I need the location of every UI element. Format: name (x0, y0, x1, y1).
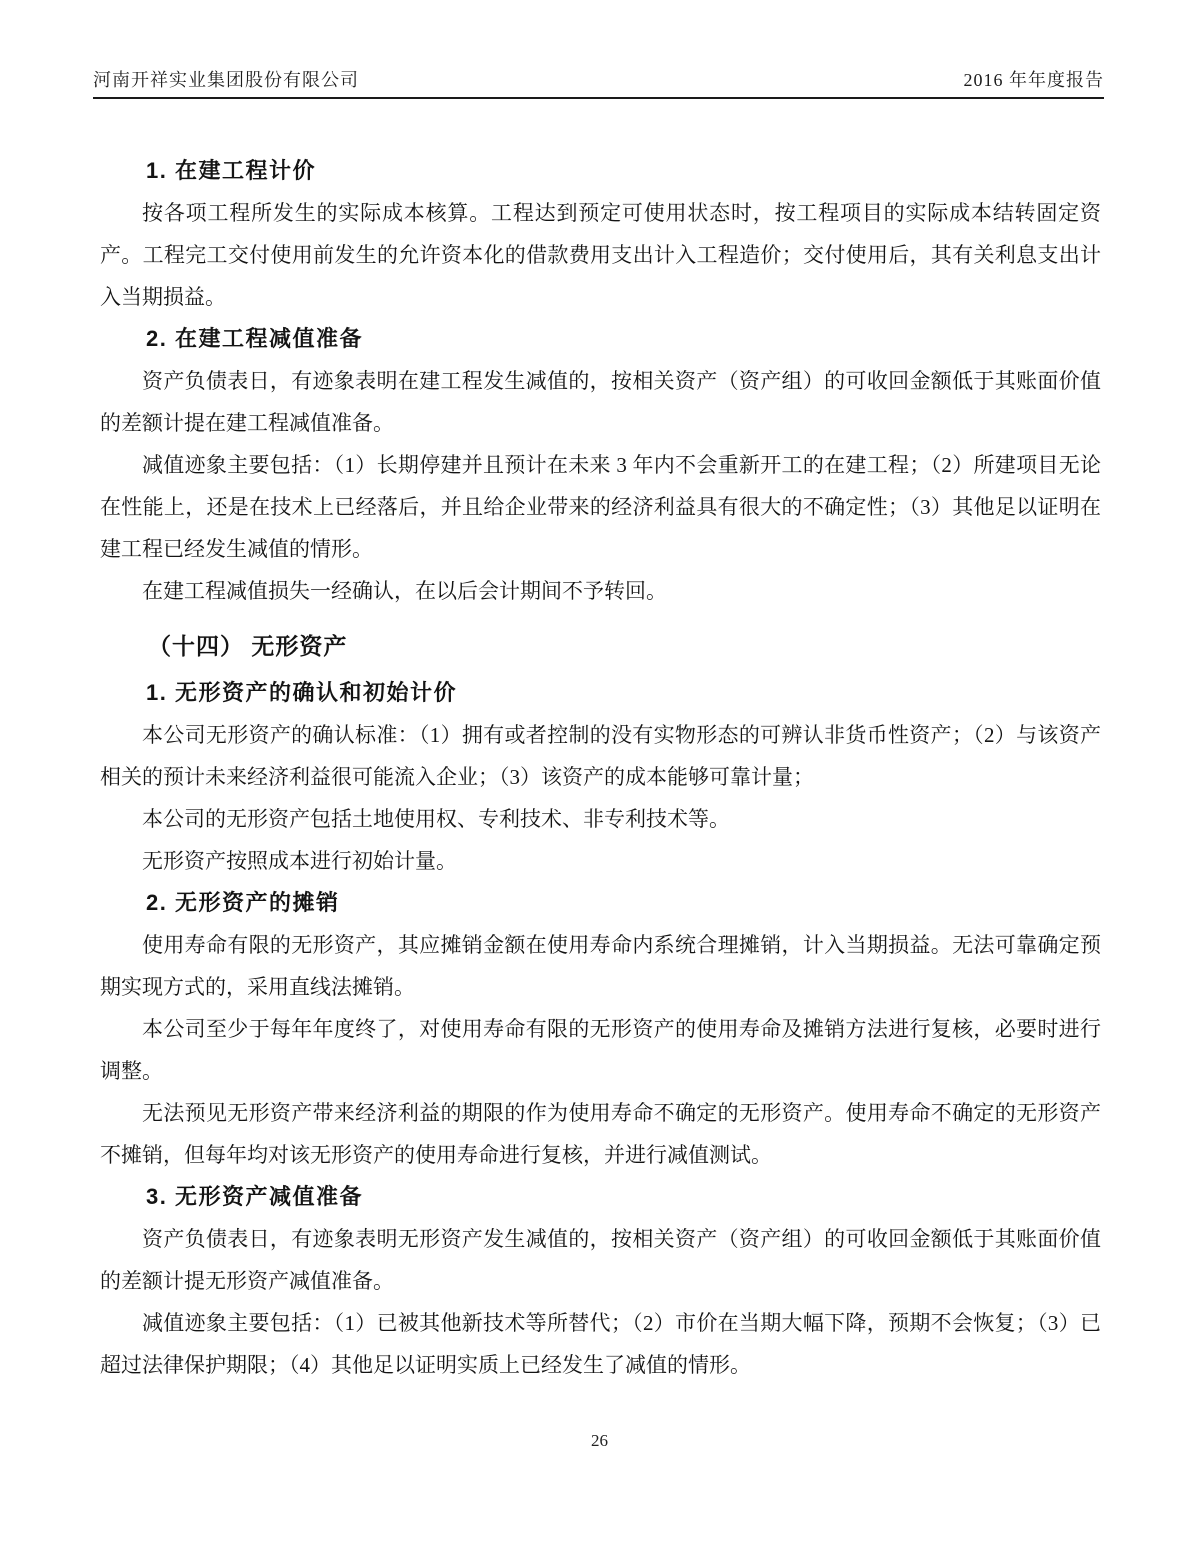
paragraph: 本公司的无形资产包括土地使用权、专利技术、非专利技术等。 (100, 798, 1101, 840)
subsection-heading: 2. 无形资产的摊销 (100, 882, 1101, 924)
page-footer: 26 (0, 1431, 1199, 1451)
paragraph: 本公司无形资产的确认标准：（1）拥有或者控制的没有实物形态的可辨认非货币性资产；… (100, 714, 1101, 798)
paragraph: 资产负债表日，有迹象表明无形资产发生减值的，按相关资产（资产组）的可收回金额低于… (100, 1218, 1101, 1302)
page-number: 26 (591, 1431, 608, 1450)
header-company-name: 河南开祥实业集团股份有限公司 (93, 66, 359, 92)
paragraph: 无形资产按照成本进行初始计量。 (100, 840, 1101, 882)
document-body: 1. 在建工程计价按各项工程所发生的实际成本核算。工程达到预定可使用状态时，按工… (100, 150, 1101, 1386)
subsection-heading: 3. 无形资产减值准备 (100, 1176, 1101, 1218)
paragraph: 本公司至少于每年年度终了，对使用寿命有限的无形资产的使用寿命及摊销方法进行复核，… (100, 1008, 1101, 1092)
paragraph: 使用寿命有限的无形资产，其应摊销金额在使用寿命内系统合理摊销，计入当期损益。无法… (100, 924, 1101, 1008)
paragraph: 无法预见无形资产带来经济利益的期限的作为使用寿命不确定的无形资产。使用寿命不确定… (100, 1092, 1101, 1176)
paragraph: 资产负债表日，有迹象表明在建工程发生减值的，按相关资产（资产组）的可收回金额低于… (100, 360, 1101, 444)
paragraph: 减值迹象主要包括：（1）已被其他新技术等所替代；（2）市价在当期大幅下降，预期不… (100, 1302, 1101, 1386)
paragraph: 按各项工程所发生的实际成本核算。工程达到预定可使用状态时，按工程项目的实际成本结… (100, 192, 1101, 318)
document-page: 河南开祥实业集团股份有限公司 2016 年年度报告 1. 在建工程计价按各项工程… (0, 0, 1199, 1551)
paragraph: 减值迹象主要包括：（1）长期停建并且预计在未来 3 年内不会重新开工的在建工程；… (100, 444, 1101, 570)
subsection-heading: 1. 在建工程计价 (100, 150, 1101, 192)
header-rule (93, 97, 1104, 99)
section-heading: （十四） 无形资产 (100, 625, 1101, 667)
subsection-heading: 1. 无形资产的确认和初始计价 (100, 672, 1101, 714)
header-report-title: 2016 年年度报告 (964, 66, 1105, 92)
subsection-heading: 2. 在建工程减值准备 (100, 318, 1101, 360)
page-header: 河南开祥实业集团股份有限公司 2016 年年度报告 (93, 66, 1104, 92)
paragraph: 在建工程减值损失一经确认，在以后会计期间不予转回。 (100, 570, 1101, 612)
